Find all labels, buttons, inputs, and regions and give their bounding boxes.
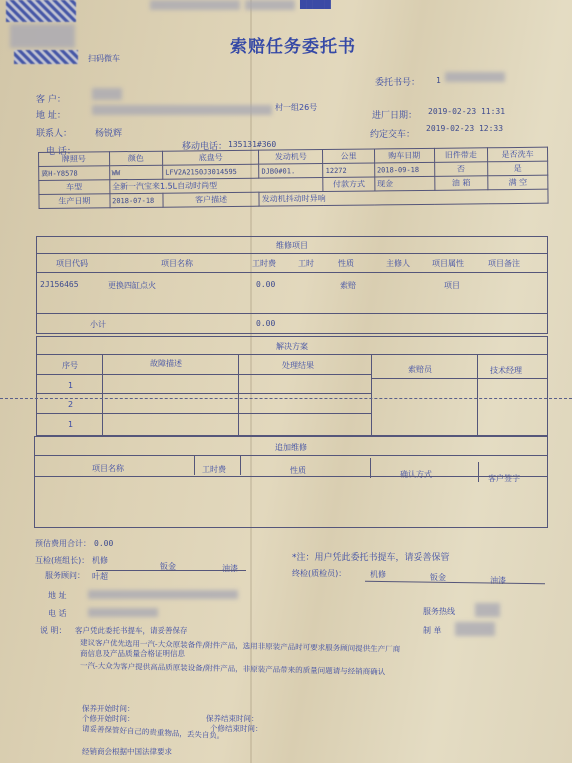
item-fee: 0.00 [256, 280, 275, 289]
col-code: 项目代码 [56, 258, 88, 269]
purchase-date-value: 2018-09-18 [374, 162, 434, 177]
dealer-address-label: 地 址 [48, 590, 67, 601]
signature-line [365, 581, 545, 585]
header-color: 颜色 [109, 151, 163, 166]
explain-line: 商信息及产品质量合格证明信息 [80, 648, 185, 659]
signature-line [96, 570, 246, 571]
solution-row-no: 2 [68, 400, 73, 409]
dealer-phone-redacted [88, 608, 158, 617]
car-wash-value: 是 [488, 161, 548, 176]
header-vin: 底盘号 [163, 150, 259, 165]
item-name: 更换四缸点火 [108, 280, 156, 291]
entry-date-label: 进厂日期： [372, 108, 417, 121]
payment-label: 付款方式 [323, 177, 374, 192]
payment-value: 现金 [374, 176, 434, 191]
divider [36, 354, 548, 355]
order-no-value: 1 [436, 76, 441, 85]
header-engine: 发动机号 [259, 150, 323, 165]
header-purchase-date: 购车日期 [374, 148, 434, 163]
address-suffix: 村一组26号 [275, 102, 317, 113]
subtotal-value: 0.00 [256, 319, 275, 328]
color-value: WW [109, 165, 163, 180]
order-no-label: 委托书号： [375, 75, 420, 88]
maker-label: 制 单 [423, 625, 442, 636]
model-label: 车型 [39, 180, 110, 195]
redacted-block [10, 24, 75, 48]
col-nature: 性质 [290, 465, 306, 476]
subtotal-label: 小计 [90, 319, 106, 330]
engine-value: DJB0#01. [259, 164, 323, 179]
inspect-left-item: 油漆 [222, 563, 238, 574]
order-no-redacted [445, 72, 505, 82]
advisor-label: 服务顾问： [45, 570, 85, 581]
inspect-left-label: 互检(班组长)： [35, 555, 89, 566]
delivery-label: 约定交车： [370, 127, 415, 140]
divider [371, 354, 372, 436]
divider [34, 455, 548, 456]
estimate-value: 0.00 [94, 539, 113, 548]
contact-value: 杨锐辉 [95, 126, 122, 139]
divider [36, 393, 371, 394]
header-plate: 牌照号 [39, 152, 110, 167]
delivery-value: 2019-02-23 12:33 [426, 124, 503, 133]
mobile-value: 135131#360 [228, 140, 276, 149]
solution-row-no: 1 [68, 420, 73, 429]
estimate-label: 预估费用合计： [35, 538, 91, 549]
divider [477, 354, 478, 436]
belongings-note: 请妥善保管好自己的贵重物品，丢失自负。 [82, 723, 225, 741]
additional-repair-title: 追加维修 [34, 442, 548, 453]
old-parts-value: 否 [434, 162, 488, 177]
advisor-value: 叶超 [92, 571, 108, 582]
customer-label: 客 户： [36, 92, 66, 105]
complaint-label: 客户描述 [163, 192, 259, 207]
explain-line: 一汽-大众为客户提供高品质原装设备/附件产品，非原装产品带来的质量问题请与经销商… [80, 660, 385, 677]
production-date-label: 生产日期 [39, 194, 110, 209]
inspect-left-item: 机修 [92, 555, 108, 566]
final-inspect-label: 终检(质检员)： [292, 568, 346, 579]
repair-start-label: 个修开始时间： [82, 713, 135, 724]
col-attribute: 项目属性 [432, 258, 464, 269]
item-code: 2J156465 [40, 280, 79, 289]
address-redacted [92, 105, 272, 115]
law-note: 经销商会根据中国法律要求 [82, 746, 172, 757]
complaint-value: 发动机抖动时异响 [259, 189, 548, 206]
entry-date-value: 2019-02-23 11:31 [428, 107, 505, 116]
qr-caption: 扫码微车 [88, 53, 120, 64]
qr-code-icon [6, 0, 76, 22]
paper-crease-dashed [0, 398, 572, 399]
divider [102, 354, 103, 436]
service-hotline-label: 服务热线 [423, 606, 455, 617]
divider [34, 476, 548, 477]
production-date-value: 2018-07-18 [110, 193, 164, 208]
col-item-name: 项目名称 [92, 463, 124, 474]
divider [36, 413, 371, 414]
col-claims-officer: 索赔员 [408, 364, 432, 375]
dealer-address-redacted [88, 590, 238, 599]
final-inspect-item: 机修 [370, 569, 386, 580]
header-mileage: 公里 [323, 149, 374, 164]
divider [371, 378, 548, 379]
vin-value: LFV2A2150J3014595 [163, 164, 259, 179]
final-inspect-item: 油漆 [490, 575, 506, 586]
maker-redacted [455, 622, 495, 636]
header-old-parts: 旧件带走 [434, 148, 488, 163]
fuel-value: 满 空 [488, 175, 548, 190]
solution-row-no: 1 [68, 381, 73, 390]
col-mechanic: 主修人 [386, 258, 410, 269]
col-fault-desc: 故障描述 [150, 358, 182, 369]
dealer-phone-label: 电 话 [48, 608, 67, 619]
customer-name-redacted [92, 88, 122, 100]
item-nature: 索赔 [340, 280, 356, 291]
divider [240, 455, 241, 475]
col-nature: 性质 [338, 258, 354, 269]
divider [36, 253, 548, 254]
vehicle-info-table: 牌照号 颜色 底盘号 发动机号 公里 购车日期 旧件带走 是否洗车 冀H-Y85… [38, 147, 549, 209]
col-customer-signature: 客户签字 [488, 473, 520, 484]
col-fee: 工时费 [252, 258, 276, 269]
divider [194, 455, 195, 475]
col-remark: 项目备注 [488, 258, 520, 269]
explain-line: 客户凭此委托书提车，请妥善保存 [75, 625, 188, 636]
hotline-redacted [475, 603, 500, 617]
solution-title: 解决方案 [36, 341, 548, 352]
col-result: 处理结果 [282, 360, 314, 371]
divider [36, 313, 548, 314]
address-label: 地 址： [36, 108, 66, 121]
item-attribute: 项目 [444, 280, 460, 291]
contact-label: 联系人： [36, 126, 72, 139]
col-no: 序号 [62, 360, 78, 371]
plate-value: 冀H-Y8578 [39, 166, 110, 181]
divider [478, 462, 479, 482]
col-tech-manager: 技术经理 [490, 365, 522, 376]
col-confirm-method: 确认方式 [400, 469, 432, 480]
mileage-value: 12272 [323, 163, 374, 178]
fuel-label: 油 箱 [434, 176, 488, 191]
org-name-redacted-2 [245, 0, 295, 10]
col-name: 项目名称 [161, 258, 193, 269]
document-title: 索赔任务委托书 [230, 32, 356, 57]
barcode-icon [14, 50, 78, 64]
divider [238, 354, 239, 436]
org-name-tail: █████ [300, 0, 331, 9]
repair-items-title: 维修项目 [36, 240, 548, 251]
col-hours: 工时 [298, 258, 314, 269]
col-labor-fee: 工时费 [202, 464, 226, 475]
header-car-wash: 是否洗车 [488, 147, 548, 162]
org-name-redacted [150, 0, 240, 10]
divider [370, 458, 371, 478]
divider [36, 272, 548, 273]
pickup-note: *注：用户凭此委托书提车，请妥善保管 [292, 550, 450, 563]
explain-label: 说 明： [40, 625, 67, 636]
divider [36, 374, 371, 375]
